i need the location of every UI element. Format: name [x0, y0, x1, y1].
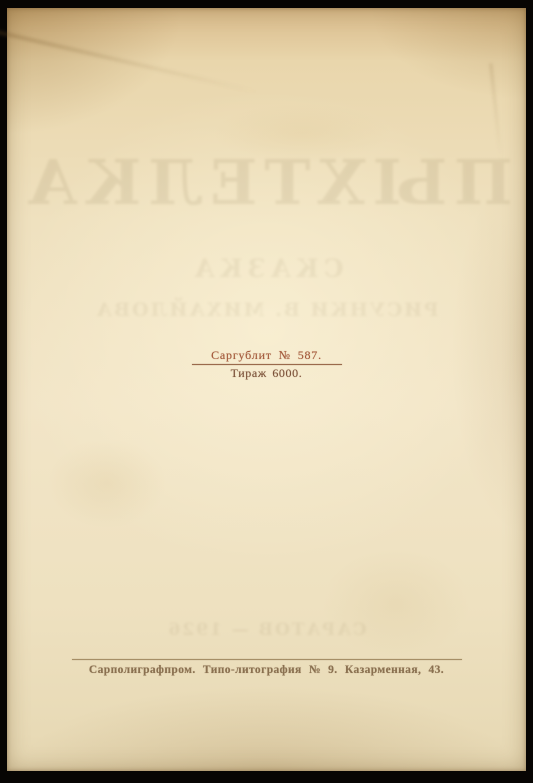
bleedthrough-byline-text: РИСУНКИ В. МИХАЙЛОВА	[7, 299, 526, 321]
paper-stain	[47, 438, 167, 528]
censor-permit-line: Саргублит № 587.	[7, 349, 526, 362]
paper-crease-right	[489, 63, 503, 173]
stamp-divider-rule	[192, 364, 342, 365]
paper-stain	[321, 548, 471, 658]
printer-imprint-line: Сарполиграфпром. Типо-литография № 9. Ка…	[7, 664, 526, 676]
bleedthrough-subtitle-text: СКАЗКА	[7, 254, 526, 283]
printer-imprint-block: Сарполиграфпром. Типо-литография № 9. Ка…	[7, 659, 526, 676]
print-run-line: Тираж 6000.	[7, 367, 526, 380]
censorship-stamp-block: Саргублит № 587. Тираж 6000.	[7, 349, 526, 380]
imprint-divider-rule	[72, 659, 462, 660]
paper-crease-top-left	[0, 26, 274, 97]
paper-stain	[212, 103, 392, 163]
page-paper: ПЫХТЕЛКА СКАЗКА РИСУНКИ В. МИХАЙЛОВА САР…	[7, 8, 526, 771]
